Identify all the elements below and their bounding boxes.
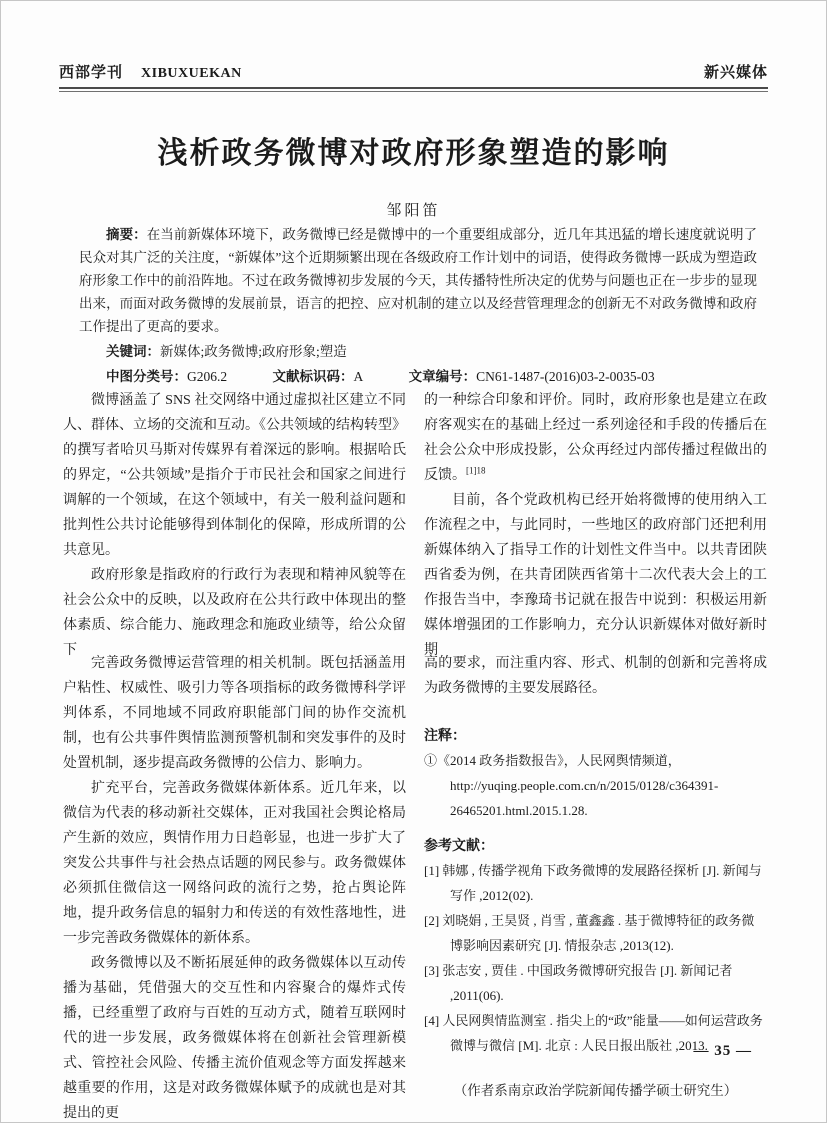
journal-name: 西部学刊 XIBUXUEKAN xyxy=(59,61,242,82)
doc-code-group: 文献标识码：A xyxy=(273,369,364,384)
abstract-paragraph: 摘要：在当前新媒体环境下，政务微博已经是微博中的一个重要组成部分，近几年其迅猛的… xyxy=(79,223,757,338)
page-number: — 35 — xyxy=(694,1043,753,1060)
reference-item: [1] 韩娜 , 传播学视角下政务微博的发展路径探析 [J]. 新闻与写作 ,2… xyxy=(424,858,767,908)
keywords-label: 关键词： xyxy=(106,344,160,359)
body-paragraph: 完善政务微博运营管理的相关机制。既包括涵盖用户粘性、权威性、吸引力等各项指标的政… xyxy=(63,651,406,776)
abstract-block: 摘要：在当前新媒体环境下，政务微博已经是微博中的一个重要组成部分，近几年其迅猛的… xyxy=(79,223,757,388)
keywords-line: 关键词：新媒体;政务微博;政府形象;塑造 xyxy=(79,340,757,363)
body-paragraph: 微博涵盖了 SNS 社交网络中通过虚拟社区建立不同人、群体、立场的交流和互动。《… xyxy=(63,388,406,563)
article-title: 浅析政务微博对政府形象塑造的影响 xyxy=(1,128,826,172)
keywords-text: 新媒体;政务微博;政府形象;塑造 xyxy=(160,344,347,359)
abstract-text: 在当前新媒体环境下，政务微博已经是微博中的一个重要组成部分，近几年其迅猛的增长速… xyxy=(79,227,757,334)
header-row: 西部学刊 XIBUXUEKAN 新兴媒体 xyxy=(59,61,768,82)
body-paragraph: 的一种综合印象和评价。同时，政府形象也是建立在政府客观实在的基础上经过一系列途径… xyxy=(424,388,767,488)
publication-meta-line: 中图分类号：G206.2 文献标识码：A 文章编号：CN61-1487-(201… xyxy=(79,365,757,388)
article-author: 邹阳笛 xyxy=(1,199,826,220)
body-paragraph: 政府形象是指政府的行政行为表现和精神风貌等在社会公众中的反映，以及政府在公共行政… xyxy=(63,563,406,663)
references-label: 参考文献： xyxy=(424,833,767,858)
notes-label: 注释： xyxy=(424,723,767,748)
body-section-top: 微博涵盖了 SNS 社交网络中通过虚拟社区建立不同人、群体、立场的交流和互动。《… xyxy=(63,388,767,663)
note-item: ①《2014 政务指数报告》，人民网舆情频道，http://yuqing.peo… xyxy=(424,748,767,823)
author-affiliation-note: （作者系南京政治学院新闻传播学硕士研究生） xyxy=(424,1078,767,1103)
column-name: 新兴媒体 xyxy=(704,61,768,82)
citation-superscript: [1]18 xyxy=(466,465,486,475)
clc-value: G206.2 xyxy=(187,369,227,384)
journal-page: 西部学刊 XIBUXUEKAN 新兴媒体 浅析政务微博对政府形象塑造的影响 邹阳… xyxy=(0,0,827,1123)
journal-name-cn: 西部学刊 xyxy=(59,64,123,81)
right-column: 的一种综合印象和评价。同时，政府形象也是建立在政府客观实在的基础上经过一系列途径… xyxy=(424,388,767,663)
clc-group: 中图分类号：G206.2 xyxy=(106,369,227,384)
body-paragraph: 高的要求，而注重内容、形式、机制的创新和完善将成为政务微博的主要发展路径。 xyxy=(424,651,767,701)
body-paragraph: 目前，各个党政机构已经开始将微博的使用纳入工作流程之中，与此同时，一些地区的政府… xyxy=(424,488,767,663)
body-paragraph: 政务微博以及不断拓展延伸的政务微媒体以互动传播为基础，凭借强大的交互性和内容聚合… xyxy=(63,951,406,1123)
doc-code-label: 文献标识码： xyxy=(273,369,354,384)
left-column: 微博涵盖了 SNS 社交网络中通过虚拟社区建立不同人、群体、立场的交流和互动。《… xyxy=(63,388,406,663)
abstract-label: 摘要： xyxy=(106,227,147,242)
body-paragraph: 扩充平台，完善政务微媒体新体系。近几年来，以微信为代表的移动新社交媒体，正对我国… xyxy=(63,776,406,951)
article-no-value: CN61-1487-(2016)03-2-0035-03 xyxy=(476,369,654,384)
doc-code-value: A xyxy=(354,369,364,384)
reference-item: [2] 刘晓娟 , 王昊贤 , 肖雪 , 董鑫鑫 . 基于微博特征的政务微博影响… xyxy=(424,908,767,958)
clc-label: 中图分类号： xyxy=(106,369,187,384)
article-no-group: 文章编号：CN61-1487-(2016)03-2-0035-03 xyxy=(409,369,655,384)
journal-name-en: XIBUXUEKAN xyxy=(141,66,242,81)
page-header: 西部学刊 XIBUXUEKAN 新兴媒体 xyxy=(59,61,768,92)
reference-item: [3] 张志安 , 贾佳 . 中国政务微博研究报告 [J]. 新闻记者 ,201… xyxy=(424,958,767,1008)
article-no-label: 文章编号： xyxy=(409,369,477,384)
header-divider xyxy=(59,87,768,92)
left-column: 完善政务微博运营管理的相关机制。既包括涵盖用户粘性、权威性、吸引力等各项指标的政… xyxy=(63,651,406,1123)
body-section-bottom: 完善政务微博运营管理的相关机制。既包括涵盖用户粘性、权威性、吸引力等各项指标的政… xyxy=(63,651,767,1123)
